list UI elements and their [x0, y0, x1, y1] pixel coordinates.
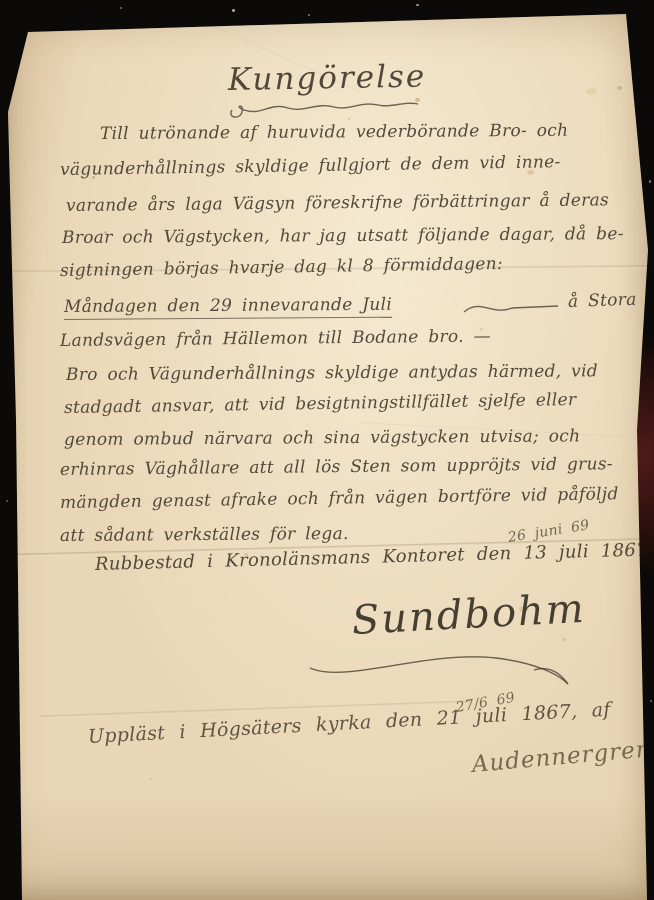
title-underline-flourish [226, 96, 422, 118]
body-line: Broar och Vägstycken, har jag utsatt föl… [62, 224, 624, 248]
body-line: Bro och Vägunderhållnings skyldige antyd… [66, 361, 598, 385]
body-line: mängden genast afrake och från vägen bor… [60, 484, 619, 513]
dust-speck [6, 500, 8, 502]
body-line: genom ombud närvara och sina vägstycken … [64, 426, 580, 450]
stain [617, 86, 622, 90]
body-line: varande års laga Vägsyn föreskrifne förb… [66, 190, 609, 216]
body-line: Landsvägen från Hällemon till Bodane bro… [60, 326, 491, 351]
document-title: Kungörelse [228, 59, 427, 98]
stain [586, 88, 597, 95]
signature-flourish [306, 640, 576, 692]
dust-speck [120, 7, 122, 9]
body-line: att sådant verkställes för lega. [60, 524, 349, 546]
dash-flourish [462, 300, 562, 318]
signature-sundbohm: Sundbohm [351, 586, 587, 644]
document-photo: Kungörelse Till utrönande af huruvida ve… [0, 0, 654, 900]
underlined-date-phrase: Måndagen den 29 innevarande Juli [64, 295, 392, 320]
dust-speck [649, 180, 651, 183]
body-line: å Stora [568, 290, 637, 312]
dust-speck [308, 14, 310, 16]
body-line: stadgadt ansvar, att vid besigtningstill… [64, 390, 577, 418]
stain [150, 778, 152, 780]
body-line: sigtningen börjas hvarje dag kl 8 förmid… [60, 254, 503, 281]
body-line: Till utrönande af huruvida vederbörande … [100, 121, 568, 144]
posting-signature: Audennergren [471, 736, 653, 778]
stain [348, 118, 350, 120]
dust-speck [416, 4, 419, 6]
dust-speck [650, 700, 652, 702]
body-line: Måndagen den 29 innevarande Juli [64, 295, 392, 317]
dust-speck [232, 9, 235, 12]
body-line: erhinras Väghållare att all lös Sten som… [60, 454, 613, 480]
body-line: vägunderhållnings skyldige fullgjort de … [60, 152, 561, 180]
document-paper: Kungörelse Till utrönande af huruvida ve… [0, 0, 654, 900]
